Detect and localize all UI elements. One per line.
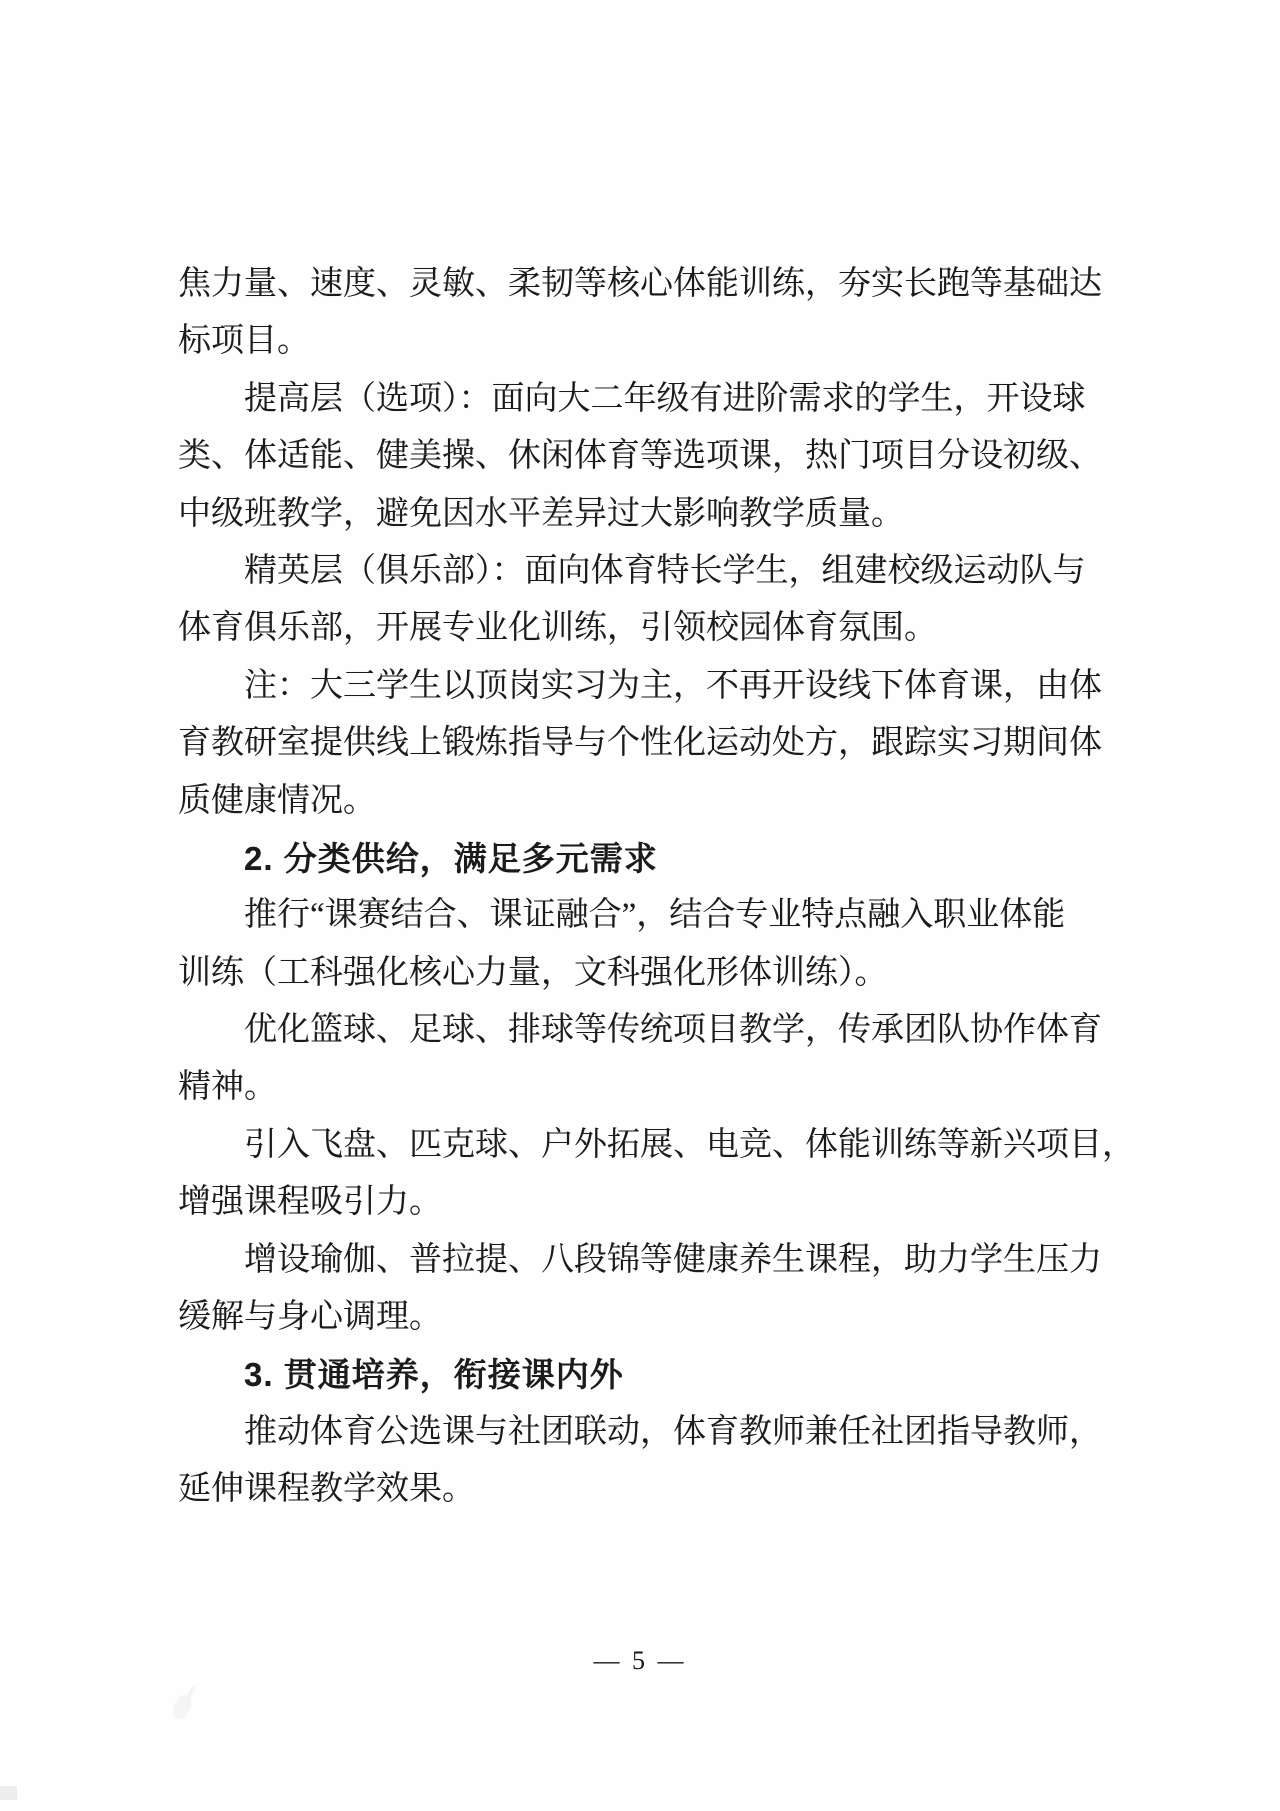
- text-line: 育教研室提供线上锻炼指导与个性化运动处方，跟踪实习期间体: [178, 715, 1102, 772]
- text-line: 标项目。: [178, 313, 1102, 370]
- text-line: 精神。: [178, 1059, 1102, 1116]
- text-line: 体育俱乐部，开展专业化训练，引领校园体育氛围。: [178, 600, 1102, 657]
- text-line: 训练（工科强化核心力量，文科强化形体训练）。: [178, 945, 1102, 1002]
- scan-corner-artifact: [0, 1786, 17, 1800]
- text-line: 焦力量、速度、灵敏、柔韧等核心体能训练，夯实长跑等基础达: [178, 256, 1102, 313]
- text-line: 中级班教学，避免因水平差异过大影响教学质量。: [178, 486, 1102, 543]
- document-page: 焦力量、速度、灵敏、柔韧等核心体能训练，夯实长跑等基础达 标项目。 提高层（选项…: [0, 0, 1280, 1811]
- text-line: 精英层（俱乐部）：面向体育特长学生，组建校级运动队与: [178, 543, 1102, 600]
- section-heading: 3. 贯通培养，衔接课内外: [178, 1346, 1102, 1403]
- text-line: 质健康情况。: [178, 773, 1102, 830]
- text-line: 推动体育公选课与社团联动，体育教师兼任社团指导教师，: [178, 1404, 1102, 1461]
- text-line: 类、体适能、健美操、休闲体育等选项课，热门项目分设初级、: [178, 428, 1102, 485]
- text-line: 增设瑜伽、普拉提、八段锦等健康养生课程，助力学生压力: [178, 1232, 1102, 1289]
- text-line: 优化篮球、足球、排球等传统项目教学，传承团队协作体育: [178, 1002, 1102, 1059]
- text-line: 提高层（选项）：面向大二年级有进阶需求的学生，开设球: [178, 371, 1102, 428]
- text-line: 增强课程吸引力。: [178, 1174, 1102, 1231]
- scan-smudge-artifact: [170, 1692, 193, 1722]
- text-line: 延伸课程教学效果。: [178, 1461, 1102, 1518]
- section-heading: 2. 分类供给，满足多元需求: [178, 830, 1102, 887]
- text-line: 缓解与身心调理。: [178, 1289, 1102, 1346]
- text-line: 推行“课赛结合、课证融合”，结合专业特点融入职业体能: [178, 887, 1102, 944]
- text-line: 注：大三学生以顶岗实习为主，不再开设线下体育课，由体: [178, 658, 1102, 715]
- text-line: 引入飞盘、匹克球、户外拓展、电竞、体能训练等新兴项目，: [178, 1117, 1102, 1174]
- document-body: 焦力量、速度、灵敏、柔韧等核心体能训练，夯实长跑等基础达 标项目。 提高层（选项…: [178, 256, 1102, 1519]
- page-number: — 5 —: [178, 1646, 1102, 1676]
